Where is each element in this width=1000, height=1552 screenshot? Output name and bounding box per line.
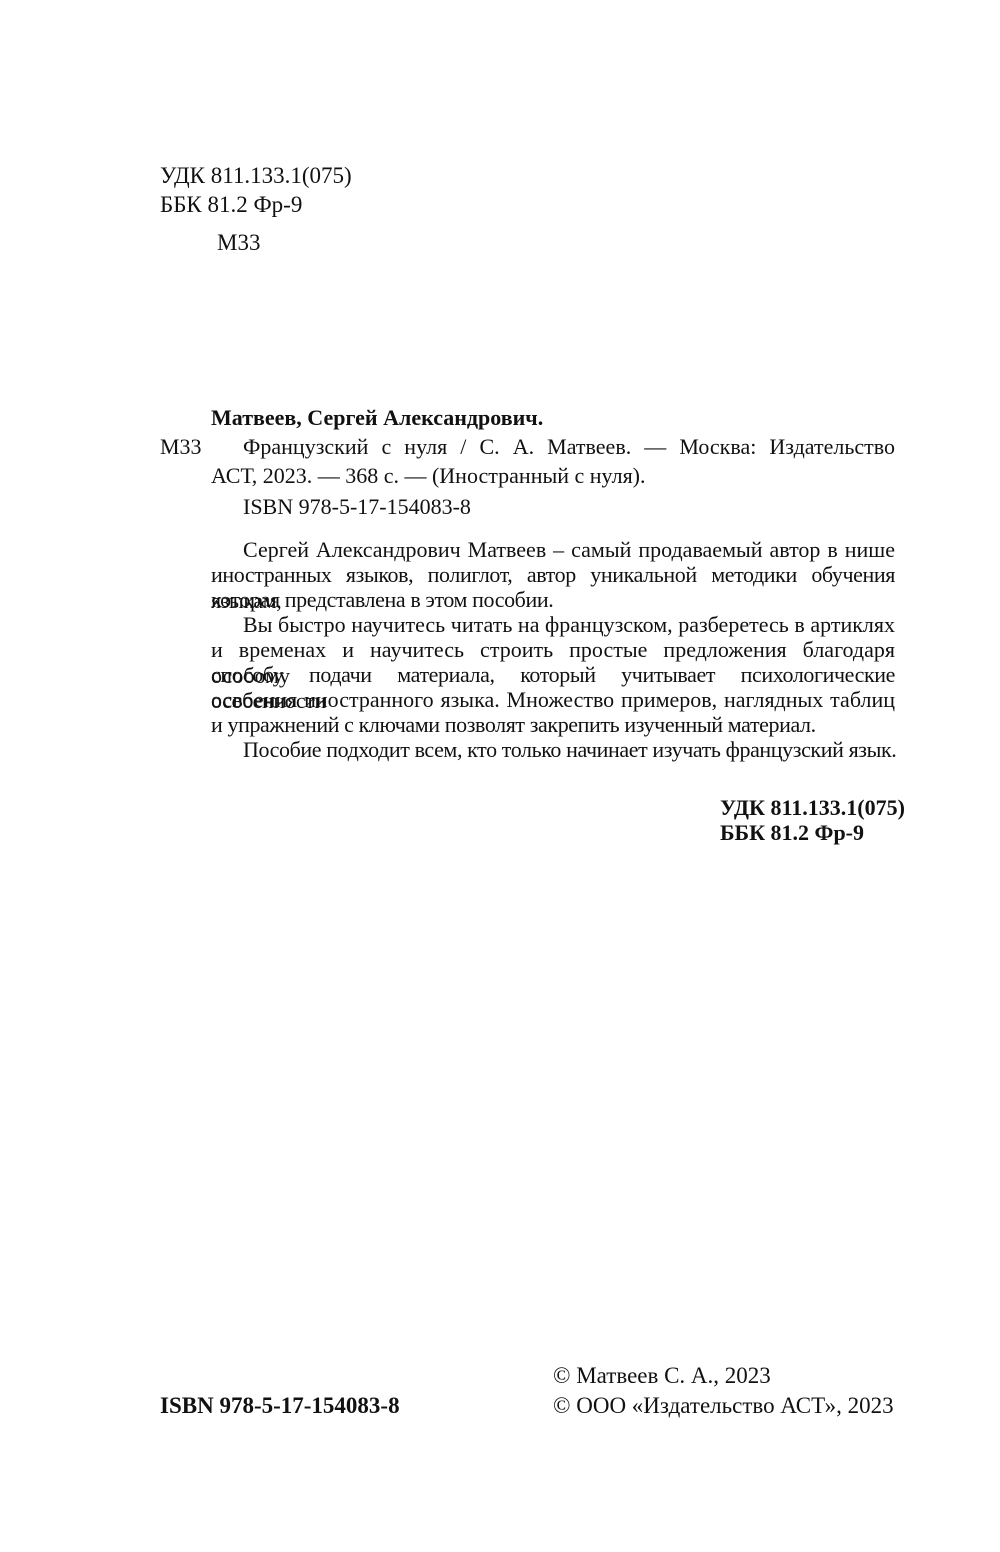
annotation-line: Сергей Александрович Матвеев – самый про… <box>243 537 895 563</box>
annotation-line: освоения иностранного языка. Множество п… <box>211 687 895 713</box>
copyright-author: © Матвеев С. А., 2023 <box>553 1363 771 1389</box>
bibliographic-line-1: Французский с нуля / С. А. Матвеев. — Мо… <box>243 434 895 460</box>
author-mark-top: М33 <box>217 230 260 256</box>
bibliographic-line-2: АСТ, 2023. — 368 с. — (Иностранный с нул… <box>211 463 646 489</box>
annotation-line: Пособие подходит всем, кто только начина… <box>243 737 896 763</box>
annotation-line: и упражнений с ключами позволят закрепит… <box>211 712 816 738</box>
annotation-line: Вы быстро научитесь читать на французско… <box>243 612 895 638</box>
isbn-card: ISBN 978-5-17-154083-8 <box>243 494 471 520</box>
udk-code-top: УДК 811.133.1(075) <box>160 163 352 189</box>
bbk-code-top: ББК 81.2 Фр-9 <box>160 192 302 218</box>
annotation-line: которая представлена в этом пособии. <box>211 587 553 613</box>
author-heading: Матвеев, Сергей Александрович. <box>211 405 543 431</box>
udk-code-card: УДК 811.133.1(075) <box>720 795 905 821</box>
author-mark: М33 <box>160 434 202 460</box>
copyright-publisher: © ООО «Издательство АСТ», 2023 <box>553 1393 894 1419</box>
isbn-footer: ISBN 978-5-17-154083-8 <box>160 1393 400 1419</box>
bbk-code-card: ББК 81.2 Фр-9 <box>720 820 864 846</box>
